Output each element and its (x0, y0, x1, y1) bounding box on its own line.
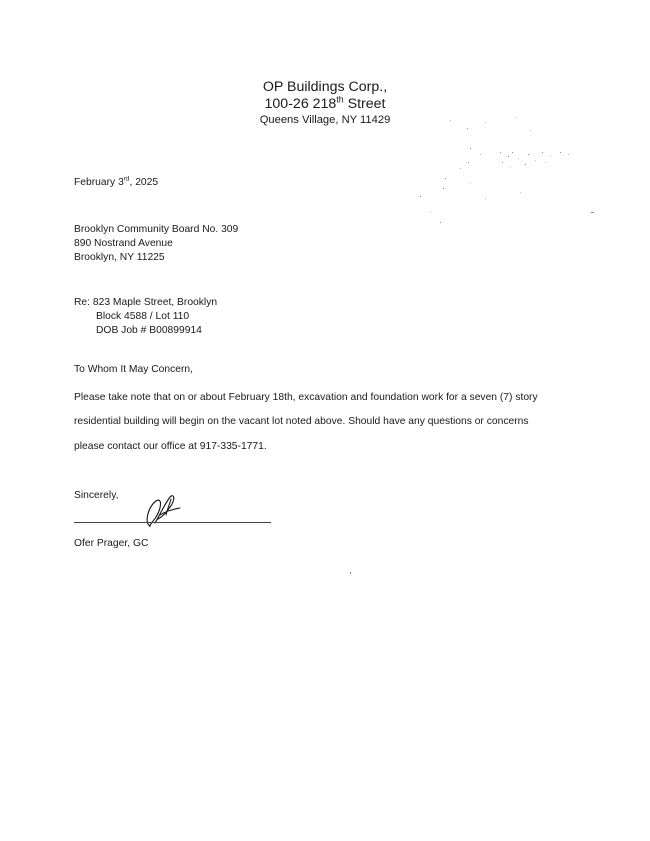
street-ordinal-suffix: th (336, 94, 343, 104)
scan-noise (420, 112, 590, 232)
letter-date: February 3rd, 2025 (74, 176, 158, 190)
recipient-line-2: 890 Nostrand Avenue (74, 237, 173, 251)
company-street-address: 100-26 218th Street (0, 95, 650, 113)
company-name: OP Buildings Corp., (0, 78, 650, 96)
recipient-line-3: Brooklyn, NY 11225 (74, 251, 165, 265)
date-year: , 2025 (129, 177, 158, 188)
company-name-text: OP Buildings Corp., (263, 79, 387, 95)
body-line-1: Please take note that on or about Februa… (74, 391, 538, 405)
city-line-text: Queens Village, NY 11429 (260, 114, 391, 126)
recipient-line-1: Brooklyn Community Board No. 309 (74, 223, 238, 237)
scan-speck (350, 572, 351, 574)
scan-speck (591, 212, 594, 213)
street-name: Street (344, 96, 386, 112)
salutation: To Whom It May Concern, (74, 363, 193, 377)
closing: Sincerely, (74, 489, 118, 503)
letter-page: OP Buildings Corp., 100-26 218th Street … (0, 0, 650, 841)
reference-line-2: Block 4588 / Lot 110 (96, 310, 189, 324)
date-month-day: February 3 (74, 177, 124, 188)
body-line-2: residential building will begin on the v… (74, 415, 529, 429)
body-line-3: please contact our office at 917-335-177… (74, 440, 267, 454)
handwritten-signature (140, 493, 190, 529)
signature-line (74, 522, 271, 523)
signer-name: Ofer Prager, GC (74, 537, 148, 551)
reference-line-1: Re: 823 Maple Street, Brooklyn (74, 296, 217, 310)
reference-line-3: DOB Job # B00899914 (96, 324, 202, 338)
street-number: 100-26 218 (265, 96, 337, 112)
